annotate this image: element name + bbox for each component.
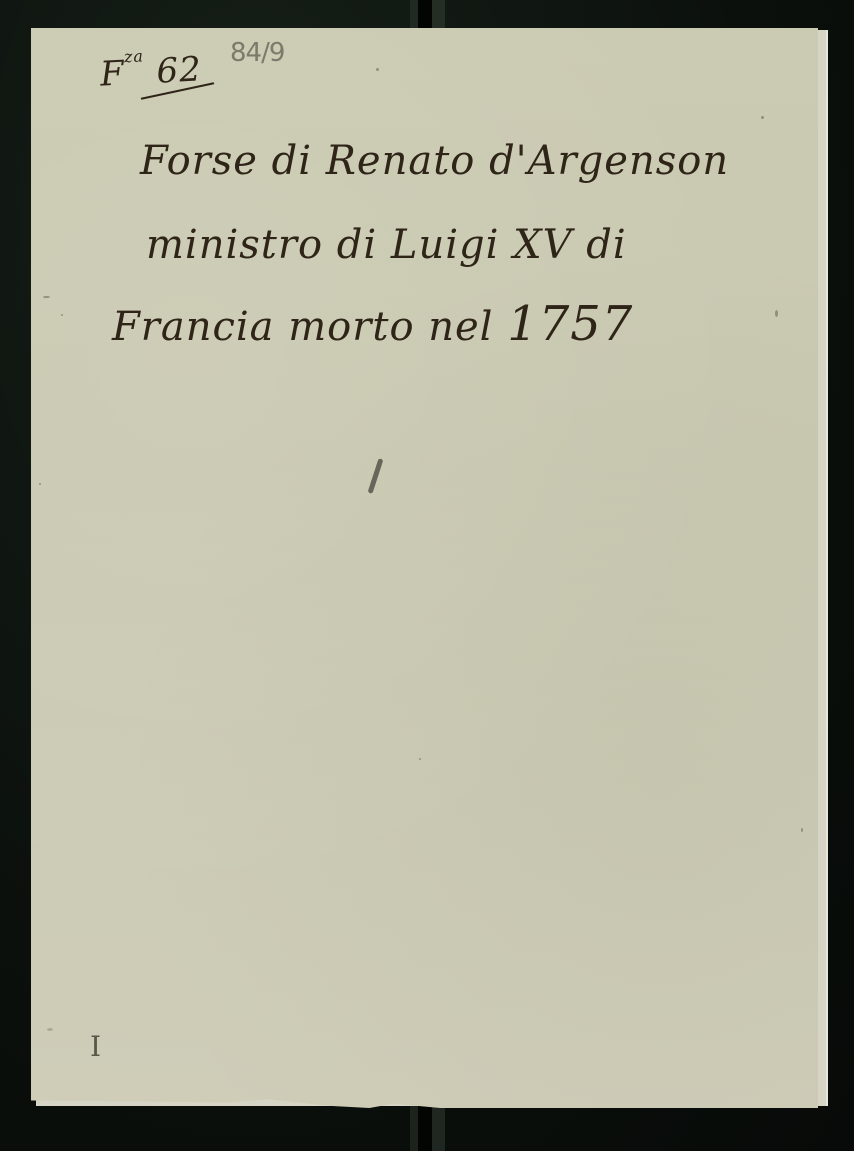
shelfmark-prefix: F: [99, 53, 126, 94]
handwritten-line-3-text: Francia morto nel: [112, 304, 507, 350]
paper-speck: [775, 310, 778, 317]
shelfmark-superscript: za: [123, 46, 144, 66]
paper-speck: [376, 68, 379, 71]
paper-speck: [61, 314, 63, 316]
paper-speck: [801, 828, 803, 832]
handwritten-line-3: Francia morto nel 1757: [112, 296, 633, 352]
paper-speck: [39, 483, 41, 485]
paper-sheet: [31, 28, 818, 1108]
paper-speck: [47, 1028, 53, 1031]
handwritten-line-2: ministro di Luigi XV di: [146, 222, 627, 268]
paper-speck: [419, 758, 421, 760]
paper-speck: [761, 116, 764, 119]
roman-numeral-mark: I: [90, 1030, 101, 1063]
paper-speck: [43, 296, 50, 298]
handwritten-year: 1757: [507, 296, 633, 352]
pencil-catalog-number: 84/9: [230, 38, 284, 68]
handwritten-line-1: Forse di Renato d'Argenson: [140, 138, 729, 184]
